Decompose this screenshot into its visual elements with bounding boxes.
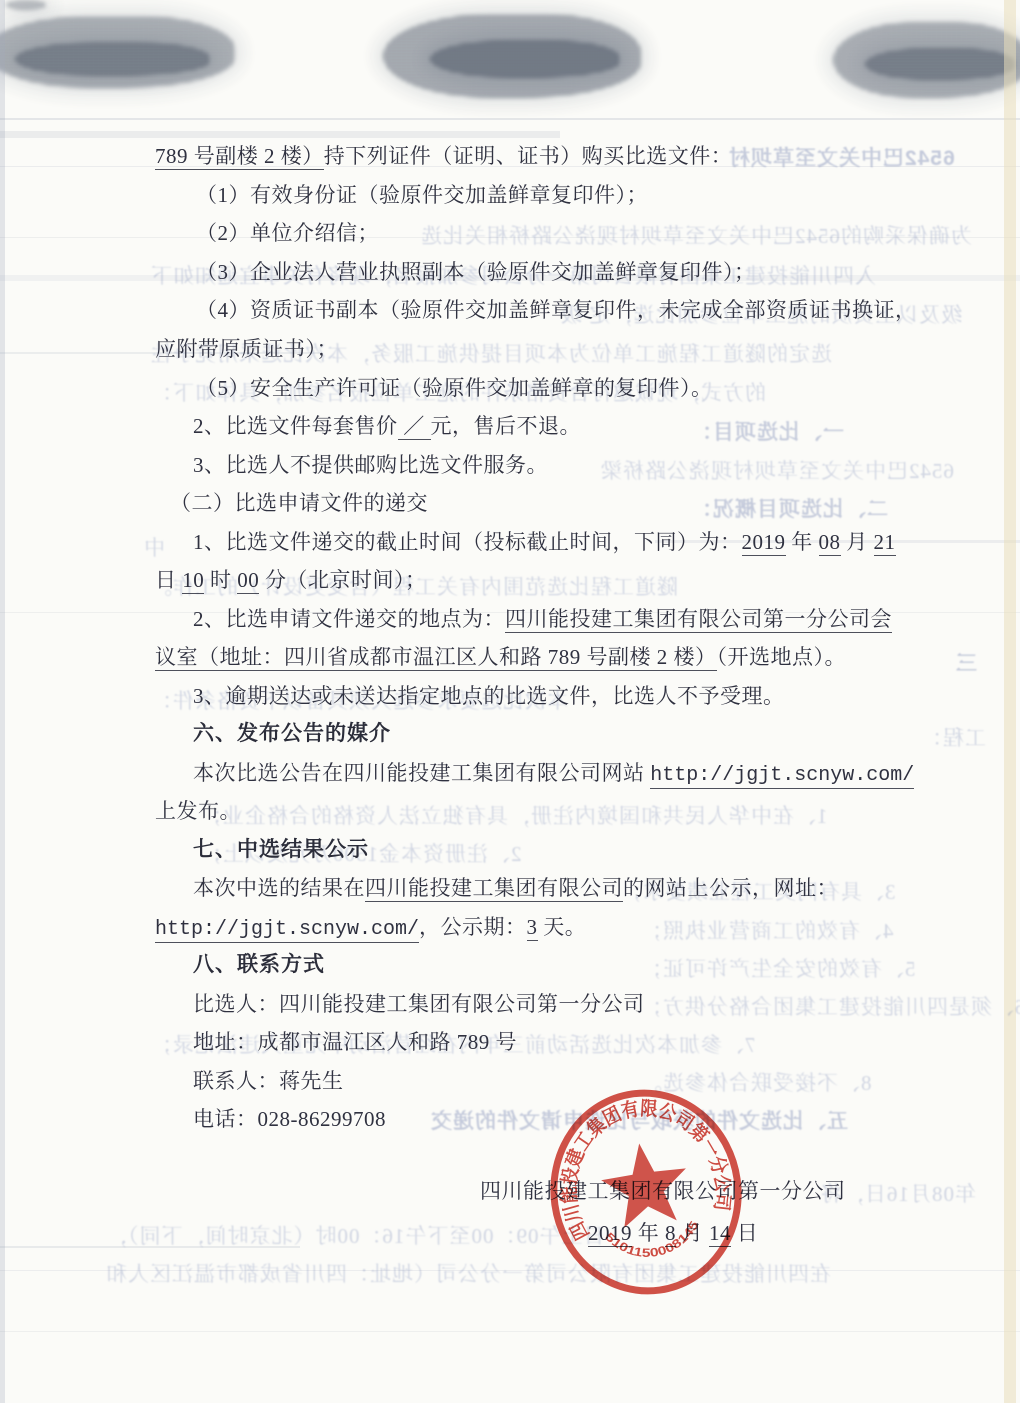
- text-segment: 月: [841, 530, 874, 554]
- text-line: 本次比选公告在四川能投建工集团有限公司网站 http://jgjt.scnyw.…: [193, 758, 914, 791]
- scan-artifact: [865, 48, 1015, 80]
- scan-streak: [1004, 0, 1016, 1403]
- star-icon: [597, 1138, 693, 1231]
- text-segment: 本次比选公告在四川能投建工集团有限公司网站: [193, 761, 650, 785]
- ghost-text-line: 为确保采购的6542巴中关文至草坝村现浇公路桥相关比选: [420, 220, 972, 250]
- ghost-text-line: 二、比选项目概况：: [690, 493, 888, 523]
- text-line: （3）企业法人营业执照副本（验原件交加盖鲜章复印件）；: [196, 257, 756, 287]
- text-segment: 08: [819, 530, 841, 556]
- text-line: 日 10 时 00 分（北京时间）；: [155, 565, 427, 595]
- text-segment: 1、比选文件递交的截止时间（投标截止时间，下同）为：: [193, 530, 742, 554]
- text-segment: 持下列证件（证明、证书）购买比选文件：: [324, 144, 733, 168]
- text-line: （1）有效身份证（验原件交加盖鲜章复印件）；: [196, 180, 648, 210]
- text-line: 2、比选申请文件递交的地点为：四川能投建工集团有限公司第一分公司会: [193, 604, 892, 634]
- text-segment: 2019: [742, 530, 786, 556]
- text-segment: （1）有效身份证（验原件交加盖鲜章复印件）；: [196, 183, 648, 207]
- text-segment: （开选地点）。: [717, 645, 847, 669]
- text-segment: 联系人：蒋先生: [193, 1069, 344, 1093]
- ghost-text-line: 6542巴中关文至草坝村现浇公路桥梁: [600, 455, 954, 485]
- text-segment: ／: [398, 414, 431, 440]
- scan-streak: [0, 118, 1020, 120]
- text-segment: （2）单位介绍信；: [196, 221, 379, 245]
- text-segment: ，公示期：: [419, 915, 527, 939]
- text-segment: 年: [786, 530, 819, 554]
- scan-streak: [0, 131, 560, 138]
- text-segment: 上发布。: [155, 799, 241, 823]
- text-segment: （二）比选申请文件的递交: [170, 491, 428, 515]
- text-line: 议室（地址：四川省成都市温江区人和路 789 号副楼 2 楼）（开选地点）。: [155, 642, 846, 672]
- text-segment: （4）资质证书副本（验原件交加盖鲜章复印件，未完成全部资质证书换证，: [196, 298, 917, 322]
- text-segment: http://jgjt.scnyw.com/: [155, 918, 419, 943]
- text-segment: 元，售后不退。: [431, 414, 582, 438]
- text-line: 地址：成都市温江区人和路 789 号: [193, 1027, 517, 1057]
- text-segment: 00: [237, 568, 259, 594]
- ghost-text-line: 6、须是四川能投建工集团合格分供方；: [640, 991, 1020, 1021]
- text-segment: 日: [155, 568, 182, 592]
- text-segment: 789 号副楼 2 楼）: [155, 144, 324, 170]
- text-segment: 八、联系方式: [193, 953, 325, 976]
- text-segment: 六、发布公告的媒介: [193, 722, 391, 745]
- text-segment: 地址：成都市温江区人和路 789 号: [193, 1030, 517, 1054]
- text-line: （2）单位介绍信；: [196, 218, 379, 248]
- seal-serial-number: 5101150008145: [601, 1217, 705, 1267]
- text-line: 3、比选人不提供邮购比选文件服务。: [193, 450, 548, 480]
- ghost-text-line: 6542巴中关文至草坝村: [728, 142, 955, 172]
- text-line: 七、中选结果公示: [193, 835, 369, 865]
- text-line: 应附带原质证书）；: [155, 334, 338, 364]
- text-line: 2、比选文件每套售价 ／ 元，售后不退。: [193, 411, 581, 441]
- scan-artifact: [430, 40, 620, 78]
- scanned-document-page: 6542巴中关文至草坝村为确保采购的6542巴中关文至草坝村现浇公路桥相关比选入…: [0, 0, 1020, 1403]
- text-line: 比选人：四川能投建工集团有限公司第一分公司: [193, 989, 645, 1019]
- text-line: 六、发布公告的媒介: [193, 719, 391, 749]
- ghost-text-line: 三: [955, 647, 977, 677]
- text-line: 电话：028-86299708: [193, 1104, 386, 1134]
- text-segment: 七、中选结果公示: [193, 838, 369, 861]
- text-line: 八、联系方式: [193, 950, 325, 980]
- text-line: （4）资质证书副本（验原件交加盖鲜章复印件，未完成全部资质证书换证，: [196, 295, 917, 325]
- text-line: http://jgjt.scnyw.com/，公示期：3 天。: [155, 912, 586, 945]
- ghost-text-line: 一、比选项目：: [690, 416, 844, 446]
- text-line: 本次中选的结果在四川能投建工集团有限公司的网站上公示，网址：: [193, 873, 838, 903]
- text-line: 1、比选文件递交的截止时间（投标截止时间，下同）为：2019 年 08 月 21: [193, 527, 896, 557]
- text-segment: 2、比选文件每套售价: [193, 414, 398, 438]
- text-segment: 3: [527, 915, 538, 941]
- ghost-text-line: 4、有效的工商营业执照；: [640, 915, 894, 945]
- text-segment: 3、比选人不提供邮购比选文件服务。: [193, 453, 548, 477]
- text-segment: 的网站上公示，网址：: [623, 876, 838, 900]
- text-segment: 分（北京时间）；: [259, 568, 426, 592]
- text-segment: 3、逾期送达或未送达指定地点的比选文件，比选人不予受理。: [193, 684, 785, 708]
- text-segment: （5）安全生产许可证（验原件交加盖鲜章的复印件）。: [196, 376, 713, 400]
- ghost-text-line: 5、有效的安全生产许可证；: [640, 953, 916, 983]
- text-segment: 应附带原质证书）；: [155, 337, 338, 361]
- ghost-text-line: 1、在中华人民共和国境内注册，具有独立法人资格的合格企业；: [200, 800, 828, 830]
- company-seal-stamp: 四川能投建工集团有限公司第一分公司 5101150008145: [534, 1073, 758, 1310]
- text-line: 789 号副楼 2 楼）持下列证件（证明、证书）购买比选文件：: [155, 141, 732, 171]
- ghost-text-line: 中: [143, 532, 165, 562]
- scan-streak: [0, 0, 5, 1403]
- scan-streak: [0, 1331, 1020, 1332]
- text-segment: 本次中选的结果在: [193, 876, 365, 900]
- text-segment: 四川能投建工集团有限公司: [365, 876, 623, 902]
- text-segment: （3）企业法人营业执照副本（验原件交加盖鲜章复印件）；: [196, 260, 756, 284]
- text-line: 上发布。: [155, 796, 241, 826]
- ghost-text-line: 日上午09：00至下午16：00时（北京时间，下同），: [105, 1220, 605, 1250]
- scan-artifact: [6, 0, 46, 10]
- text-segment: 比选人：四川能投建工集团有限公司第一分公司: [193, 992, 645, 1016]
- text-segment: 四川能投建工集团有限公司第一分公司会: [505, 607, 892, 633]
- text-segment: 时: [204, 568, 237, 592]
- text-line: （二）比选申请文件的递交: [170, 488, 428, 518]
- scan-artifact: [15, 42, 210, 76]
- text-line: 联系人：蒋先生: [193, 1066, 344, 1096]
- text-segment: 21: [874, 530, 896, 556]
- ghost-text-line: 工程：: [920, 722, 986, 752]
- text-segment: 电话：028-86299708: [193, 1107, 386, 1131]
- text-segment: 10: [182, 568, 204, 594]
- text-segment: 2、比选申请文件递交的地点为：: [193, 607, 505, 631]
- text-segment: 天。: [538, 915, 587, 939]
- text-line: （5）安全生产许可证（验原件交加盖鲜章的复印件）。: [196, 373, 713, 403]
- text-line: 3、逾期送达或未送达指定地点的比选文件，比选人不予受理。: [193, 681, 785, 711]
- text-segment: http://jgjt.scnyw.com/: [650, 764, 914, 789]
- text-segment: 议室（地址：四川省成都市温江区人和路 789 号副楼 2 楼）: [155, 645, 717, 671]
